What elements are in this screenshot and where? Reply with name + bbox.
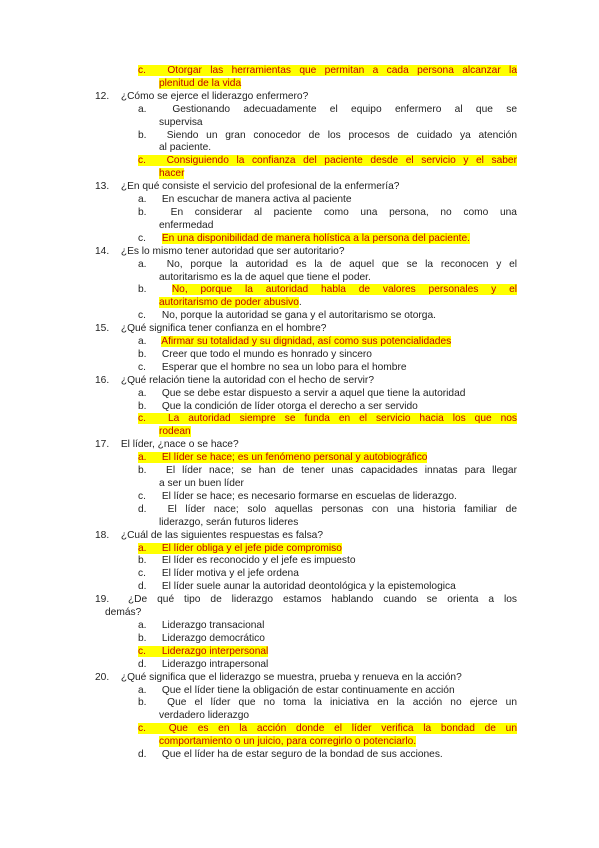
highlighted-answer-text: plenitud de la vida — [159, 78, 241, 89]
question-text-line: 15. ¿Qué significa tener confianza en el… — [95, 323, 517, 336]
option-letter: c. — [138, 491, 159, 504]
highlighted-answer: c. Liderazgo interpersonal — [138, 646, 268, 657]
option-letter: b. — [138, 401, 159, 414]
highlighted-answer-text: autoritarismo de poder abusivo — [159, 297, 299, 308]
answer-option-line: b. Siendo un gran conocedor de los proce… — [138, 130, 517, 143]
highlighted-answer: a. El líder se hace; es un fenómeno pers… — [138, 452, 427, 463]
option-letter: c. — [138, 155, 159, 168]
document-page: c. Otorgar las herramientas que permitan… — [0, 0, 599, 848]
answer-option-line: d. El líder suele aunar la autoridad deo… — [138, 581, 517, 594]
answer-option-line: c. En una disponibilidad de manera holís… — [138, 233, 517, 246]
option-letter: b. — [138, 465, 159, 478]
highlighted-answer-text: No, porque la autoridad habla de valores… — [172, 284, 517, 295]
question-number: 13. — [95, 181, 118, 194]
answer-option-line: a. No, porque la autoridad es la de aque… — [138, 259, 517, 272]
option-letter: c. — [138, 233, 159, 246]
question-number: 12. — [95, 91, 118, 104]
option-letter: c. — [138, 723, 159, 736]
quiz-content: c. Otorgar las herramientas que permitan… — [95, 65, 517, 762]
highlighted-answer: c. Que es en la acción donde el líder ve… — [138, 723, 517, 734]
answer-option-line: c. No, porque la autoridad se gana y el … — [138, 310, 517, 323]
answer-option-line: comportamiento o un juicio, para corregi… — [138, 736, 517, 749]
option-letter: b. — [138, 349, 159, 362]
option-letter: d. — [138, 749, 159, 762]
highlighted-answer-text: En una disponibilidad de manera holístic… — [162, 233, 470, 244]
question-block: 20. ¿Qué significa que el liderazgo se m… — [95, 672, 517, 762]
question-number: 19. — [95, 594, 118, 607]
carryover-answer-option-line: c. Otorgar las herramientas que permitan… — [138, 65, 517, 78]
option-letter: b. — [138, 207, 159, 220]
question-text-line: 16. ¿Qué relación tiene la autoridad con… — [95, 375, 517, 388]
answer-option-line: hacer — [138, 168, 517, 181]
question-number: 15. — [95, 323, 118, 336]
answer-option-line: autoritarismo es la de aquel que tiene e… — [138, 272, 517, 285]
answer-option-line: a. Que el líder tiene la obligación de e… — [138, 685, 517, 698]
answer-option-line: a ser un buen líder — [138, 478, 517, 491]
highlighted-answer: c. La autoridad siempre se funda en el s… — [138, 413, 517, 424]
highlighted-answer-text: hacer — [159, 168, 184, 179]
option-letter: c. — [138, 65, 159, 78]
answer-option-line: c. La autoridad siempre se funda en el s… — [138, 413, 517, 426]
answer-option-line: b. Que la condición de líder otorga el d… — [138, 401, 517, 414]
answer-option-line: enfermedad — [138, 220, 517, 233]
carryover-answer-option-line: plenitud de la vida — [138, 78, 517, 91]
option-letter: a. — [138, 388, 159, 401]
answer-option-line: c. Que es en la acción donde el líder ve… — [138, 723, 517, 736]
question-block: 18. ¿Cuál de las siguientes respuestas e… — [95, 530, 517, 595]
answer-option-line: b. En considerar al paciente como una pe… — [138, 207, 517, 220]
answer-option-line: c. El líder se hace; es necesario formar… — [138, 491, 517, 504]
answer-option-line: d. Que el líder ha de estar seguro de la… — [138, 749, 517, 762]
option-letter: d. — [138, 659, 159, 672]
question-block: 19. ¿De qué tipo de liderazgo estamos ha… — [95, 594, 517, 671]
answer-option-line: a. El líder obliga y el jefe pide compro… — [138, 543, 517, 556]
highlighted-answer: c. Consiguiendo la confianza del pacient… — [138, 155, 517, 166]
question-block: 15. ¿Qué significa tener confianza en el… — [95, 323, 517, 375]
answer-option-line: b. No, porque la autoridad habla de valo… — [138, 284, 517, 297]
option-letter: c. — [138, 646, 159, 659]
answer-option-line: b. El líder nace; se han de tener unas c… — [138, 465, 517, 478]
question-text-line: demás? — [95, 607, 517, 620]
answer-option-line: a. Afirmar su totalidad y su dignidad, a… — [138, 336, 517, 349]
question-number: 16. — [95, 375, 118, 388]
answer-option-line: a. El líder se hace; es un fenómeno pers… — [138, 452, 517, 465]
option-letter: c. — [138, 568, 159, 581]
question-text-line: 18. ¿Cuál de las siguientes respuestas e… — [95, 530, 517, 543]
question-text-line: 20. ¿Qué significa que el liderazgo se m… — [95, 672, 517, 685]
option-letter: c. — [138, 413, 159, 426]
answer-option-line: b. Liderazgo democrático — [138, 633, 517, 646]
highlighted-answer-text: comportamiento o un juicio, para corregi… — [159, 736, 416, 747]
option-letter: a. — [138, 194, 159, 207]
option-letter: a. — [138, 336, 159, 349]
answer-option-line: al paciente. — [138, 142, 517, 155]
question-text-line: 14. ¿Es lo mismo tener autoridad que ser… — [95, 246, 517, 259]
question-block: 13. ¿En qué consiste el servicio del pro… — [95, 181, 517, 246]
answer-option-line: d. Liderazgo intrapersonal — [138, 659, 517, 672]
option-letter: b. — [138, 555, 159, 568]
option-letter: a. — [138, 543, 159, 556]
highlighted-answer-text: rodean — [159, 426, 191, 437]
option-letter: c. — [138, 362, 159, 375]
question-text-line: 19. ¿De qué tipo de liderazgo estamos ha… — [95, 594, 517, 607]
option-letter: c. — [138, 310, 159, 323]
option-letter: a. — [138, 620, 159, 633]
answer-option-line: c. El líder motiva y el jefe ordena — [138, 568, 517, 581]
answer-option-line: b. Que el líder que no toma la iniciativ… — [138, 697, 517, 710]
answer-option-line: a. Gestionando adecuadamente el equipo e… — [138, 104, 517, 117]
answer-option-line: a. Que se debe estar dispuesto a servir … — [138, 388, 517, 401]
highlighted-answer-text: Afirmar su totalidad y su dignidad, así … — [161, 336, 451, 347]
question-block: 12. ¿Cómo se ejerce el liderazgo enferme… — [95, 91, 517, 181]
option-letter: d. — [138, 504, 159, 517]
answer-option-line: c. Consiguiendo la confianza del pacient… — [138, 155, 517, 168]
answer-option-line: supervisa — [138, 117, 517, 130]
highlighted-answer: a. El líder obliga y el jefe pide compro… — [138, 543, 342, 554]
option-letter: b. — [138, 284, 159, 297]
answer-option-line: rodean — [138, 426, 517, 439]
option-letter: d. — [138, 581, 159, 594]
question-text-line: 12. ¿Cómo se ejerce el liderazgo enferme… — [95, 91, 517, 104]
option-letter: a. — [138, 104, 159, 117]
option-letter: b. — [138, 130, 159, 143]
answer-option-line: liderazgo, serán futuros lideres — [138, 517, 517, 530]
answer-option-line: b. El líder es reconocido y el jefe es i… — [138, 555, 517, 568]
question-block: 16. ¿Qué relación tiene la autoridad con… — [95, 375, 517, 440]
answer-option-line: a. En escuchar de manera activa al pacie… — [138, 194, 517, 207]
highlighted-answer: c. Otorgar las herramientas que permitan… — [138, 65, 517, 76]
question-block: 17. El líder, ¿nace o se hace?a. El líde… — [95, 439, 517, 529]
answer-option-line: c. Esperar que el hombre no sea un lobo … — [138, 362, 517, 375]
answer-option-line: a. Liderazgo transacional — [138, 620, 517, 633]
option-letter: a. — [138, 259, 159, 272]
question-text-line: 13. ¿En qué consiste el servicio del pro… — [95, 181, 517, 194]
answer-option-line: b. Creer que todo el mundo es honrado y … — [138, 349, 517, 362]
question-number: 14. — [95, 246, 118, 259]
answer-option-line: verdadero liderazgo — [138, 710, 517, 723]
option-letter: a. — [138, 452, 159, 465]
question-number: 17. — [95, 439, 118, 452]
question-text-line: 17. El líder, ¿nace o se hace? — [95, 439, 517, 452]
question-number: 20. — [95, 672, 118, 685]
answer-option-line: autoritarismo de poder abusivo. — [138, 297, 517, 310]
option-letter: b. — [138, 633, 159, 646]
question-block: 14. ¿Es lo mismo tener autoridad que ser… — [95, 246, 517, 323]
question-number: 18. — [95, 530, 118, 543]
answer-option-line: d. El líder nace; solo aquellas personas… — [138, 504, 517, 517]
answer-option-line: c. Liderazgo interpersonal — [138, 646, 517, 659]
option-letter: b. — [138, 697, 159, 710]
option-letter: a. — [138, 685, 159, 698]
